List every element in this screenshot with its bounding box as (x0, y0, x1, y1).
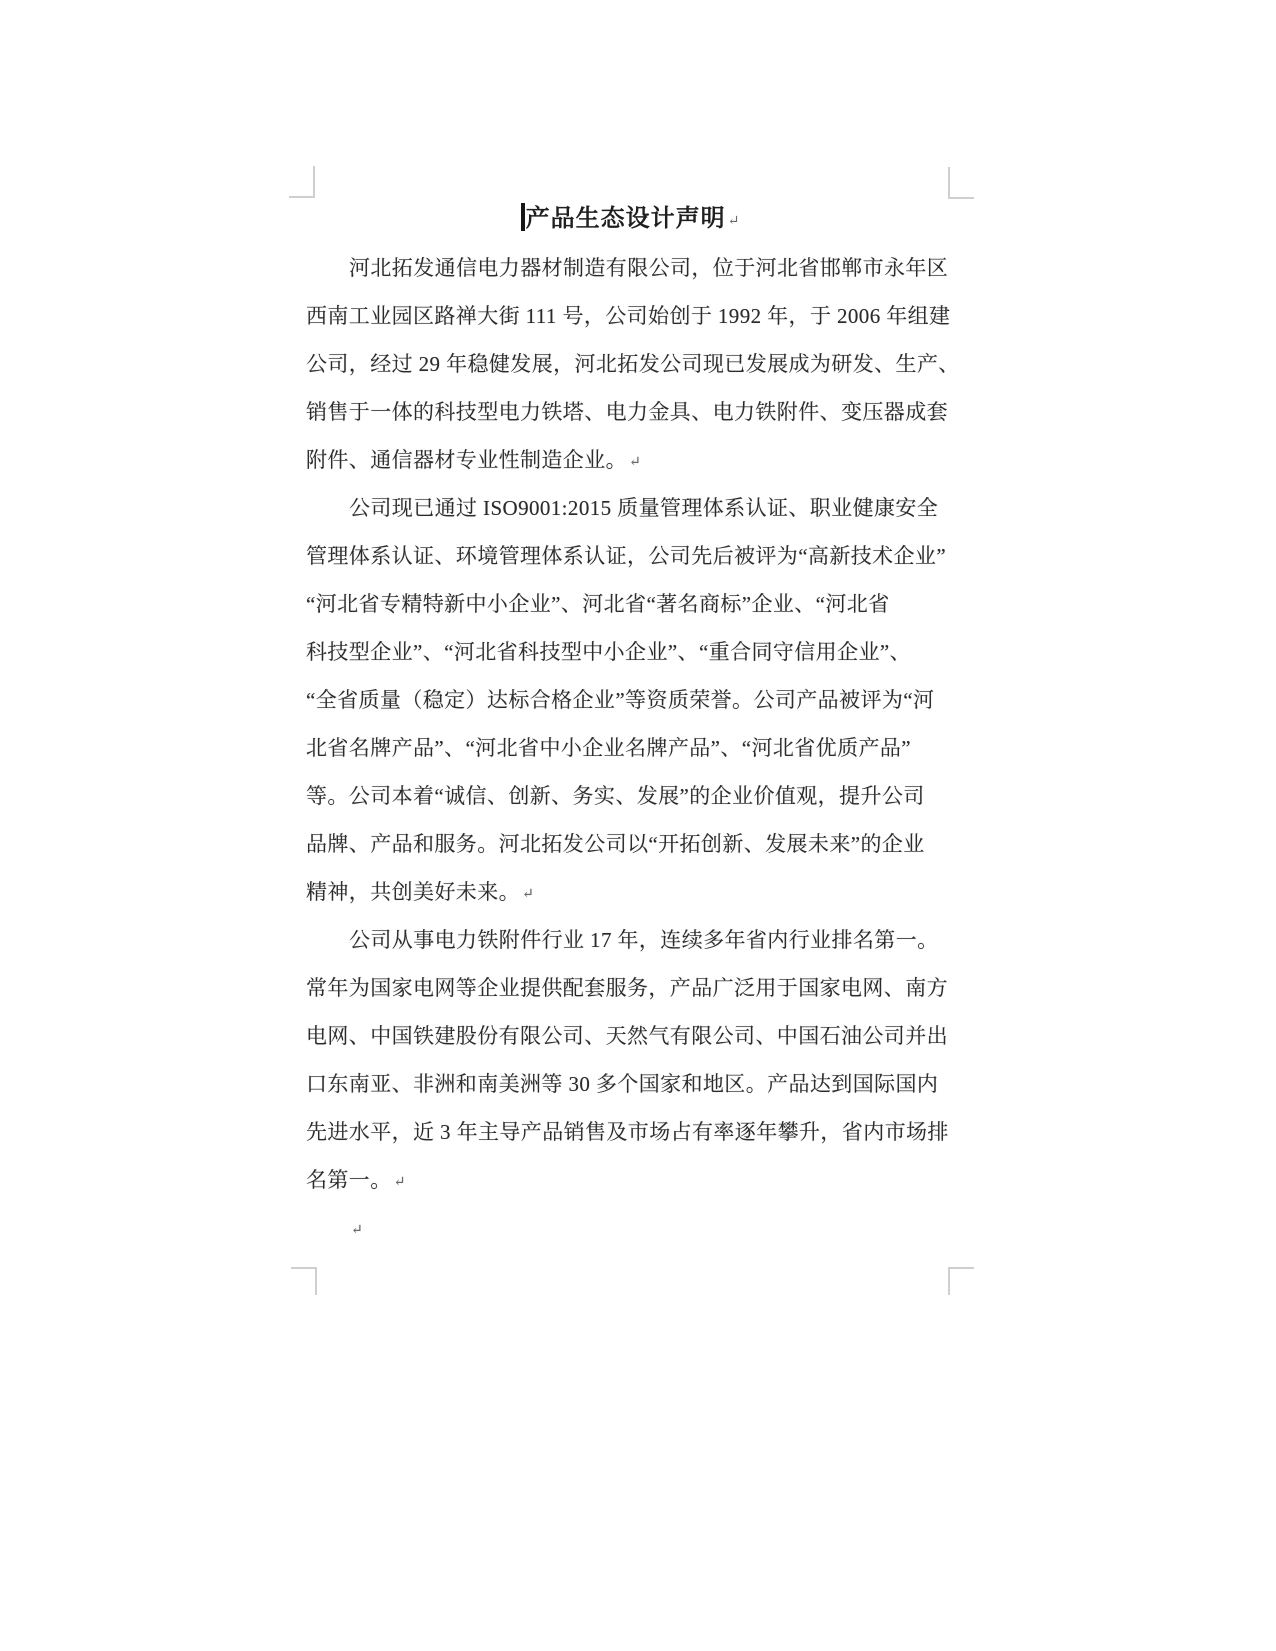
page-title: 产品生态设计声明↵ (306, 194, 954, 244)
document-page: 产品生态设计声明↵ 河北拓发通信电力器材制造有限公司，位于河北省邯郸市永年区西南… (0, 0, 1276, 1651)
text-line: 常年为国家电网等企业提供配套服务，产品广泛用于国家电网、南方 (306, 964, 954, 1012)
page-title-text: 产品生态设计声明 (526, 206, 726, 232)
text-line: 北省名牌产品”、“河北省中小企业名牌产品”、“河北省优质产品” (306, 724, 954, 772)
text-line: 电网、中国铁建股份有限公司、天然气有限公司、中国石油公司并出 (306, 1012, 954, 1060)
text-line: 西南工业园区路禅大街 111 号，公司始创于 1992 年，于 2006 年组建 (306, 292, 954, 340)
text-line: “全省质量（稳定）达标合格企业”等资质荣誉。公司产品被评为“河 (306, 676, 954, 724)
text-line: 公司，经过 29 年稳健发展，河北拓发公司现已发展成为研发、生产、 (306, 340, 954, 388)
text-line: 精神，共创美好未来。↵ (306, 868, 954, 916)
text-line: 先进水平，近 3 年主导产品销售及市场占有率逐年攀升，省内市场排 (306, 1108, 954, 1156)
text-line: 管理体系认证、环境管理体系认证，公司先后被评为“高新技术企业” (306, 532, 954, 580)
paragraph-mark-icon: ↵ (394, 1175, 406, 1190)
paragraph-mark-icon: ↵ (522, 887, 534, 902)
text-line: 河北拓发通信电力器材制造有限公司，位于河北省邯郸市永年区 (306, 244, 954, 292)
text-line: ↵ (306, 1204, 954, 1252)
text-line: “河北省专精特新中小企业”、河北省“著名商标”企业、“河北省 (306, 580, 954, 628)
text-line: 销售于一体的科技型电力铁塔、电力金具、电力铁附件、变压器成套 (306, 388, 954, 436)
text-line: 品牌、产品和服务。河北拓发公司以“开拓创新、发展未来”的企业 (306, 820, 954, 868)
text-line: 名第一。↵ (306, 1156, 954, 1204)
paragraph-mark-icon: ↵ (629, 455, 641, 470)
paragraph-mark-icon: ↵ (351, 1223, 363, 1238)
text-line: 公司现已通过 ISO9001:2015 质量管理体系认证、职业健康安全 (306, 484, 954, 532)
text-line: 等。公司本着“诚信、创新、务实、发展”的企业价值观，提升公司 (306, 772, 954, 820)
paragraph-mark-icon: ↵ (728, 214, 740, 229)
margin-mark-bottom-left (291, 1267, 317, 1295)
text-line: 公司从事电力铁附件行业 17 年，连续多年省内行业排名第一。 (306, 916, 954, 964)
margin-mark-bottom-right (948, 1267, 974, 1295)
text-area: 产品生态设计声明↵ 河北拓发通信电力器材制造有限公司，位于河北省邯郸市永年区西南… (306, 194, 954, 1252)
text-line: 科技型企业”、“河北省科技型中小企业”、“重合同守信用企业”、 (306, 628, 954, 676)
text-line: 口东南亚、非洲和南美洲等 30 多个国家和地区。产品达到国际国内 (306, 1060, 954, 1108)
text-line: 附件、通信器材专业性制造企业。↵ (306, 436, 954, 484)
document-body: 河北拓发通信电力器材制造有限公司，位于河北省邯郸市永年区西南工业园区路禅大街 1… (306, 244, 954, 1252)
text-cursor-icon[interactable] (521, 203, 525, 231)
